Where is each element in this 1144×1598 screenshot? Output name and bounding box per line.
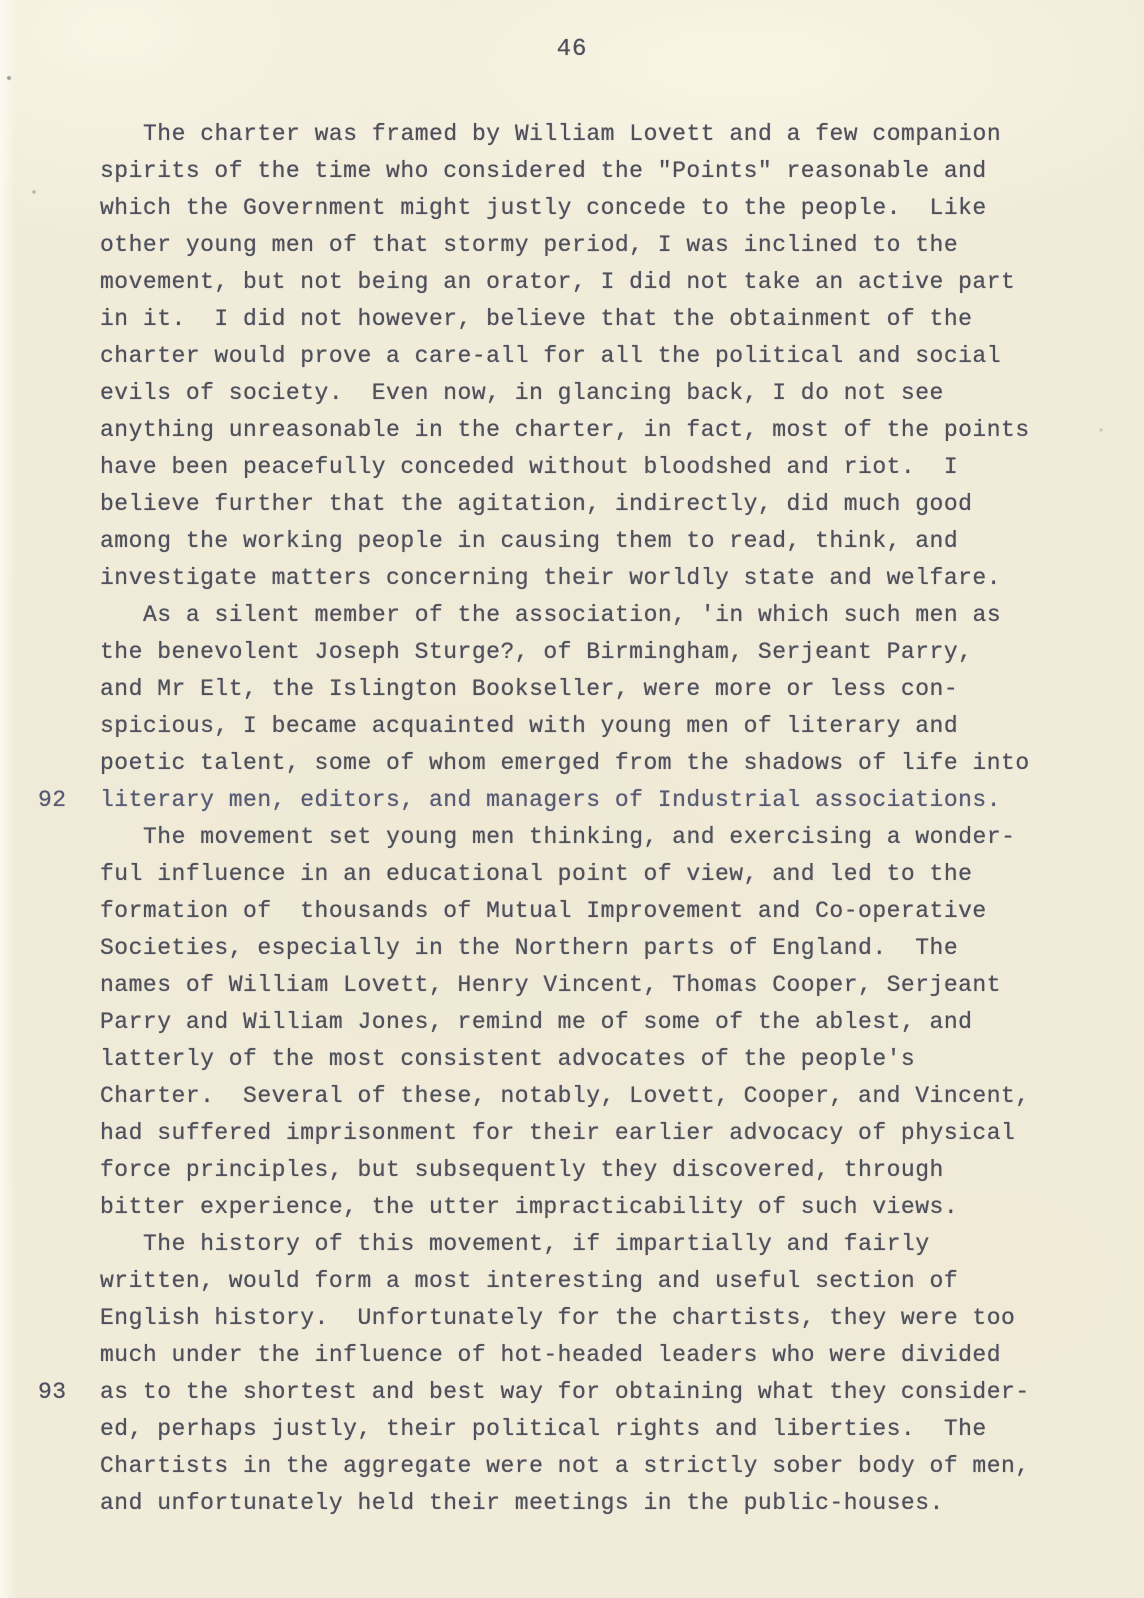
line-text: latterly of the most consistent advocate… — [100, 1046, 915, 1072]
text-line: The charter was framed by William Lovett… — [100, 116, 1080, 153]
line-text: and unfortunately held their meetings in… — [100, 1490, 944, 1516]
line-text: charter would prove a care-all for all t… — [100, 343, 1001, 369]
text-line: 92literary men, editors, and managers of… — [100, 782, 1080, 819]
text-line: and unfortunately held their meetings in… — [100, 1485, 1080, 1522]
text-line: movement, but not being an orator, I did… — [100, 264, 1080, 301]
text-line: written, would form a most interesting a… — [100, 1263, 1080, 1300]
text-line: Charter. Several of these, notably, Love… — [100, 1078, 1080, 1115]
line-text: ed, perhaps justly, their political righ… — [100, 1416, 987, 1442]
text-line: As a silent member of the association, '… — [100, 597, 1080, 634]
text-line: spirits of the time who considered the "… — [100, 153, 1080, 190]
margin-number: 92 — [38, 782, 67, 819]
text-line: anything unreasonable in the charter, in… — [100, 412, 1080, 449]
line-text: bitter experience, the utter impracticab… — [100, 1194, 958, 1220]
line-text: and Mr Elt, the Islington Bookseller, we… — [100, 676, 958, 702]
line-text: spicious, I became acquainted with young… — [100, 713, 958, 739]
line-text: the benevolent Joseph Sturge?, of Birmin… — [100, 639, 972, 665]
text-line: names of William Lovett, Henry Vincent, … — [100, 967, 1080, 1004]
text-line: English history. Unfortunately for the c… — [100, 1300, 1080, 1337]
line-text: which the Government might justly conced… — [100, 195, 987, 221]
line-text: other young men of that stormy period, I… — [100, 232, 958, 258]
line-text: have been peacefully conceded without bl… — [100, 454, 958, 480]
text-line: and Mr Elt, the Islington Bookseller, we… — [100, 671, 1080, 708]
text-line: formation of thousands of Mutual Improve… — [100, 893, 1080, 930]
line-text: written, would form a most interesting a… — [100, 1268, 958, 1294]
line-text: believe further that the agitation, indi… — [100, 491, 972, 517]
line-text: as to the shortest and best way for obta… — [100, 1379, 1030, 1405]
line-text: names of William Lovett, Henry Vincent, … — [100, 972, 1001, 998]
text-line: which the Government might justly conced… — [100, 190, 1080, 227]
text-line: The history of this movement, if imparti… — [100, 1226, 1080, 1263]
line-text: formation of thousands of Mutual Improve… — [100, 898, 987, 924]
line-text: The charter was framed by William Lovett… — [143, 121, 1001, 147]
text-line: 93as to the shortest and best way for ob… — [100, 1374, 1080, 1411]
line-text: much under the influence of hot-headed l… — [100, 1342, 1001, 1368]
text-line: Chartists in the aggregate were not a st… — [100, 1448, 1080, 1485]
text-line: have been peacefully conceded without bl… — [100, 449, 1080, 486]
text-line: evils of society. Even now, in glancing … — [100, 375, 1080, 412]
line-text: Parry and William Jones, remind me of so… — [100, 1009, 972, 1035]
line-text: movement, but not being an orator, I did… — [100, 269, 1015, 295]
text-line: investigate matters concerning their wor… — [100, 560, 1080, 597]
line-text: poetic talent, some of whom emerged from… — [100, 750, 1030, 776]
line-text: among the working people in causing them… — [100, 528, 958, 554]
line-text: evils of society. Even now, in glancing … — [100, 380, 944, 406]
text-line: The movement set young men thinking, and… — [100, 819, 1080, 856]
text-line: believe further that the agitation, indi… — [100, 486, 1080, 523]
text-line: spicious, I became acquainted with young… — [100, 708, 1080, 745]
page-number: 46 — [0, 36, 1144, 63]
text-line: much under the influence of hot-headed l… — [100, 1337, 1080, 1374]
line-text: The movement set young men thinking, and… — [143, 824, 1015, 850]
line-text: As a silent member of the association, '… — [143, 602, 1001, 628]
text-line: Societies, especially in the Northern pa… — [100, 930, 1080, 967]
line-text: literary men, editors, and managers of I… — [100, 787, 1001, 813]
margin-number: 93 — [38, 1374, 67, 1411]
line-text: Societies, especially in the Northern pa… — [100, 935, 958, 961]
line-text: investigate matters concerning their wor… — [100, 565, 1001, 591]
text-line: ed, perhaps justly, their political righ… — [100, 1411, 1080, 1448]
text-line: charter would prove a care-all for all t… — [100, 338, 1080, 375]
line-text: had suffered imprisonment for their earl… — [100, 1120, 1015, 1146]
text-line: poetic talent, some of whom emerged from… — [100, 745, 1080, 782]
line-text: Chartists in the aggregate were not a st… — [100, 1453, 1030, 1479]
line-text: The history of this movement, if imparti… — [143, 1231, 930, 1257]
line-text: in it. I did not however, believe that t… — [100, 306, 972, 332]
page-body: The charter was framed by William Lovett… — [100, 116, 1080, 1522]
text-line: other young men of that stormy period, I… — [100, 227, 1080, 264]
text-line: among the working people in causing them… — [100, 523, 1080, 560]
text-line: the benevolent Joseph Sturge?, of Birmin… — [100, 634, 1080, 671]
text-line: in it. I did not however, believe that t… — [100, 301, 1080, 338]
line-text: anything unreasonable in the charter, in… — [100, 417, 1030, 443]
document-page: 46 The charter was framed by William Lov… — [0, 0, 1144, 1598]
text-line: latterly of the most consistent advocate… — [100, 1041, 1080, 1078]
text-line: bitter experience, the utter impracticab… — [100, 1189, 1080, 1226]
line-text: Charter. Several of these, notably, Love… — [100, 1083, 1030, 1109]
text-line: force principles, but subsequently they … — [100, 1152, 1080, 1189]
line-text: spirits of the time who considered the "… — [100, 158, 987, 184]
text-line: Parry and William Jones, remind me of so… — [100, 1004, 1080, 1041]
text-line: ful influence in an educational point of… — [100, 856, 1080, 893]
line-text: ful influence in an educational point of… — [100, 861, 972, 887]
text-line: had suffered imprisonment for their earl… — [100, 1115, 1080, 1152]
line-text: English history. Unfortunately for the c… — [100, 1305, 1015, 1331]
line-text: force principles, but subsequently they … — [100, 1157, 944, 1183]
